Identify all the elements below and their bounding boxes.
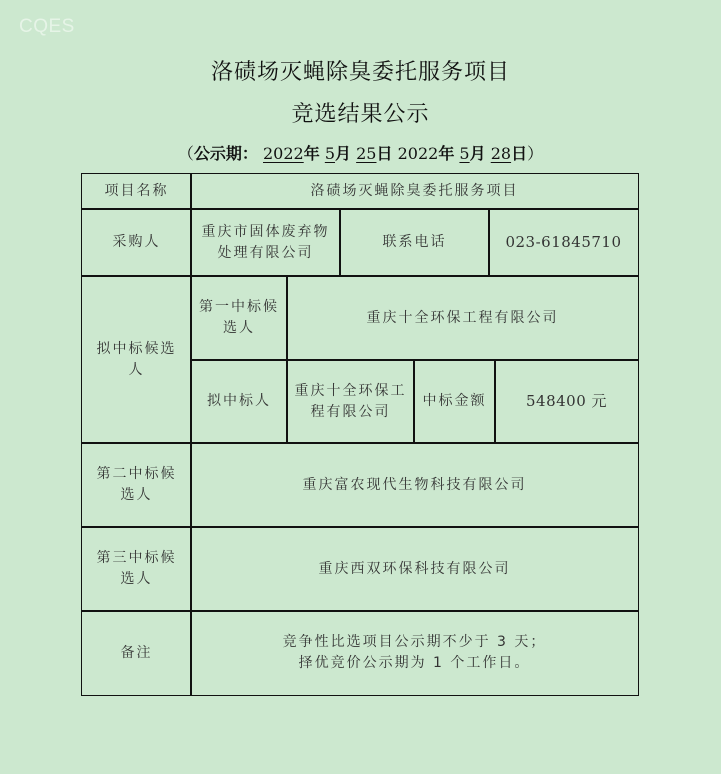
page-subtitle: 竞选结果公示 xyxy=(0,97,721,128)
bid-amount-label: 中标金额 xyxy=(423,391,487,412)
watermark: CQES xyxy=(19,16,75,38)
close-paren: ） xyxy=(527,144,543,163)
end-day: 28 xyxy=(491,144,511,163)
remarks-value-cell: 竞争性比选项目公示期不少于 3 天； 择优竞价公示期为 1 个工作日。 xyxy=(190,610,639,696)
page-title: 洛碛场灭蝇除臭委托服务项目 xyxy=(0,55,721,86)
period-label: 公示期： xyxy=(194,144,258,163)
first-candidate-value: 重庆十全环保工程有限公司 xyxy=(367,308,559,329)
publicity-period: （公示期： 2022年 5月 25日 2022年 5月 28日） xyxy=(0,141,721,164)
project-name-label: 项目名称 xyxy=(105,181,169,202)
bid-amount-value: 548400 元 xyxy=(526,391,607,412)
purchaser-label-cell: 采购人 xyxy=(81,208,192,277)
third-candidate-value: 重庆西双环保科技有限公司 xyxy=(319,559,511,580)
project-name-value: 洛碛场灭蝇除臭委托服务项目 xyxy=(311,181,519,202)
proposed-candidates-label-cell: 拟中标候选人 xyxy=(81,275,192,444)
year-char: 年 xyxy=(304,144,320,163)
first-candidate-value-cell: 重庆十全环保工程有限公司 xyxy=(286,275,639,361)
third-candidate-value-cell: 重庆西双环保科技有限公司 xyxy=(190,526,639,612)
project-name-value-cell: 洛碛场灭蝇除臭委托服务项目 xyxy=(190,173,639,210)
third-candidate-label-cell: 第三中标候选人 xyxy=(81,526,192,612)
contact-phone-label: 联系电话 xyxy=(383,232,447,253)
third-candidate-label: 第三中标候选人 xyxy=(94,548,179,590)
contact-phone-label-cell: 联系电话 xyxy=(339,208,490,277)
contact-phone-value-cell: 023-61845710 xyxy=(488,208,639,277)
first-candidate-label: 第一中标候选人 xyxy=(199,297,279,339)
remarks-line-2: 择优竞价公示期为 1 个工作日。 xyxy=(299,653,531,674)
remarks-line-1: 竞争性比选项目公示期不少于 3 天； xyxy=(283,632,547,653)
end-year: 2022 xyxy=(398,144,439,163)
proposed-winner-label-cell: 拟中标人 xyxy=(190,359,288,444)
contact-phone-value: 023-61845710 xyxy=(505,232,621,253)
second-candidate-label-cell: 第二中标候选人 xyxy=(81,442,192,528)
bid-amount-label-cell: 中标金额 xyxy=(413,359,496,444)
purchaser-label: 采购人 xyxy=(113,232,161,253)
bid-amount-value-cell: 548400 元 xyxy=(494,359,639,444)
second-candidate-value: 重庆富农现代生物科技有限公司 xyxy=(303,475,527,496)
month-char: 月 xyxy=(470,144,486,163)
year-char: 年 xyxy=(438,144,454,163)
remarks-label-cell: 备注 xyxy=(81,610,192,696)
start-year: 2022 xyxy=(263,144,304,163)
start-month: 5 xyxy=(325,144,335,163)
second-candidate-label: 第二中标候选人 xyxy=(94,464,179,506)
proposed-candidates-label: 拟中标候选人 xyxy=(94,339,179,381)
proposed-winner-value-cell: 重庆十全环保工程有限公司 xyxy=(286,359,415,444)
proposed-winner-value: 重庆十全环保工程有限公司 xyxy=(293,381,408,423)
purchaser-value: 重庆市固体废弃物处理有限公司 xyxy=(201,222,330,264)
remarks-label: 备注 xyxy=(121,643,153,664)
second-candidate-value-cell: 重庆富农现代生物科技有限公司 xyxy=(190,442,639,528)
end-month: 5 xyxy=(459,144,469,163)
start-day: 25 xyxy=(356,144,376,163)
open-paren: （ xyxy=(178,144,194,163)
purchaser-value-cell: 重庆市固体废弃物处理有限公司 xyxy=(190,208,341,277)
project-name-label-cell: 项目名称 xyxy=(81,173,192,210)
day-char: 日 xyxy=(511,144,527,163)
month-char: 月 xyxy=(335,144,351,163)
first-candidate-label-cell: 第一中标候选人 xyxy=(190,275,288,361)
day-char: 日 xyxy=(376,144,392,163)
proposed-winner-label: 拟中标人 xyxy=(207,391,271,412)
